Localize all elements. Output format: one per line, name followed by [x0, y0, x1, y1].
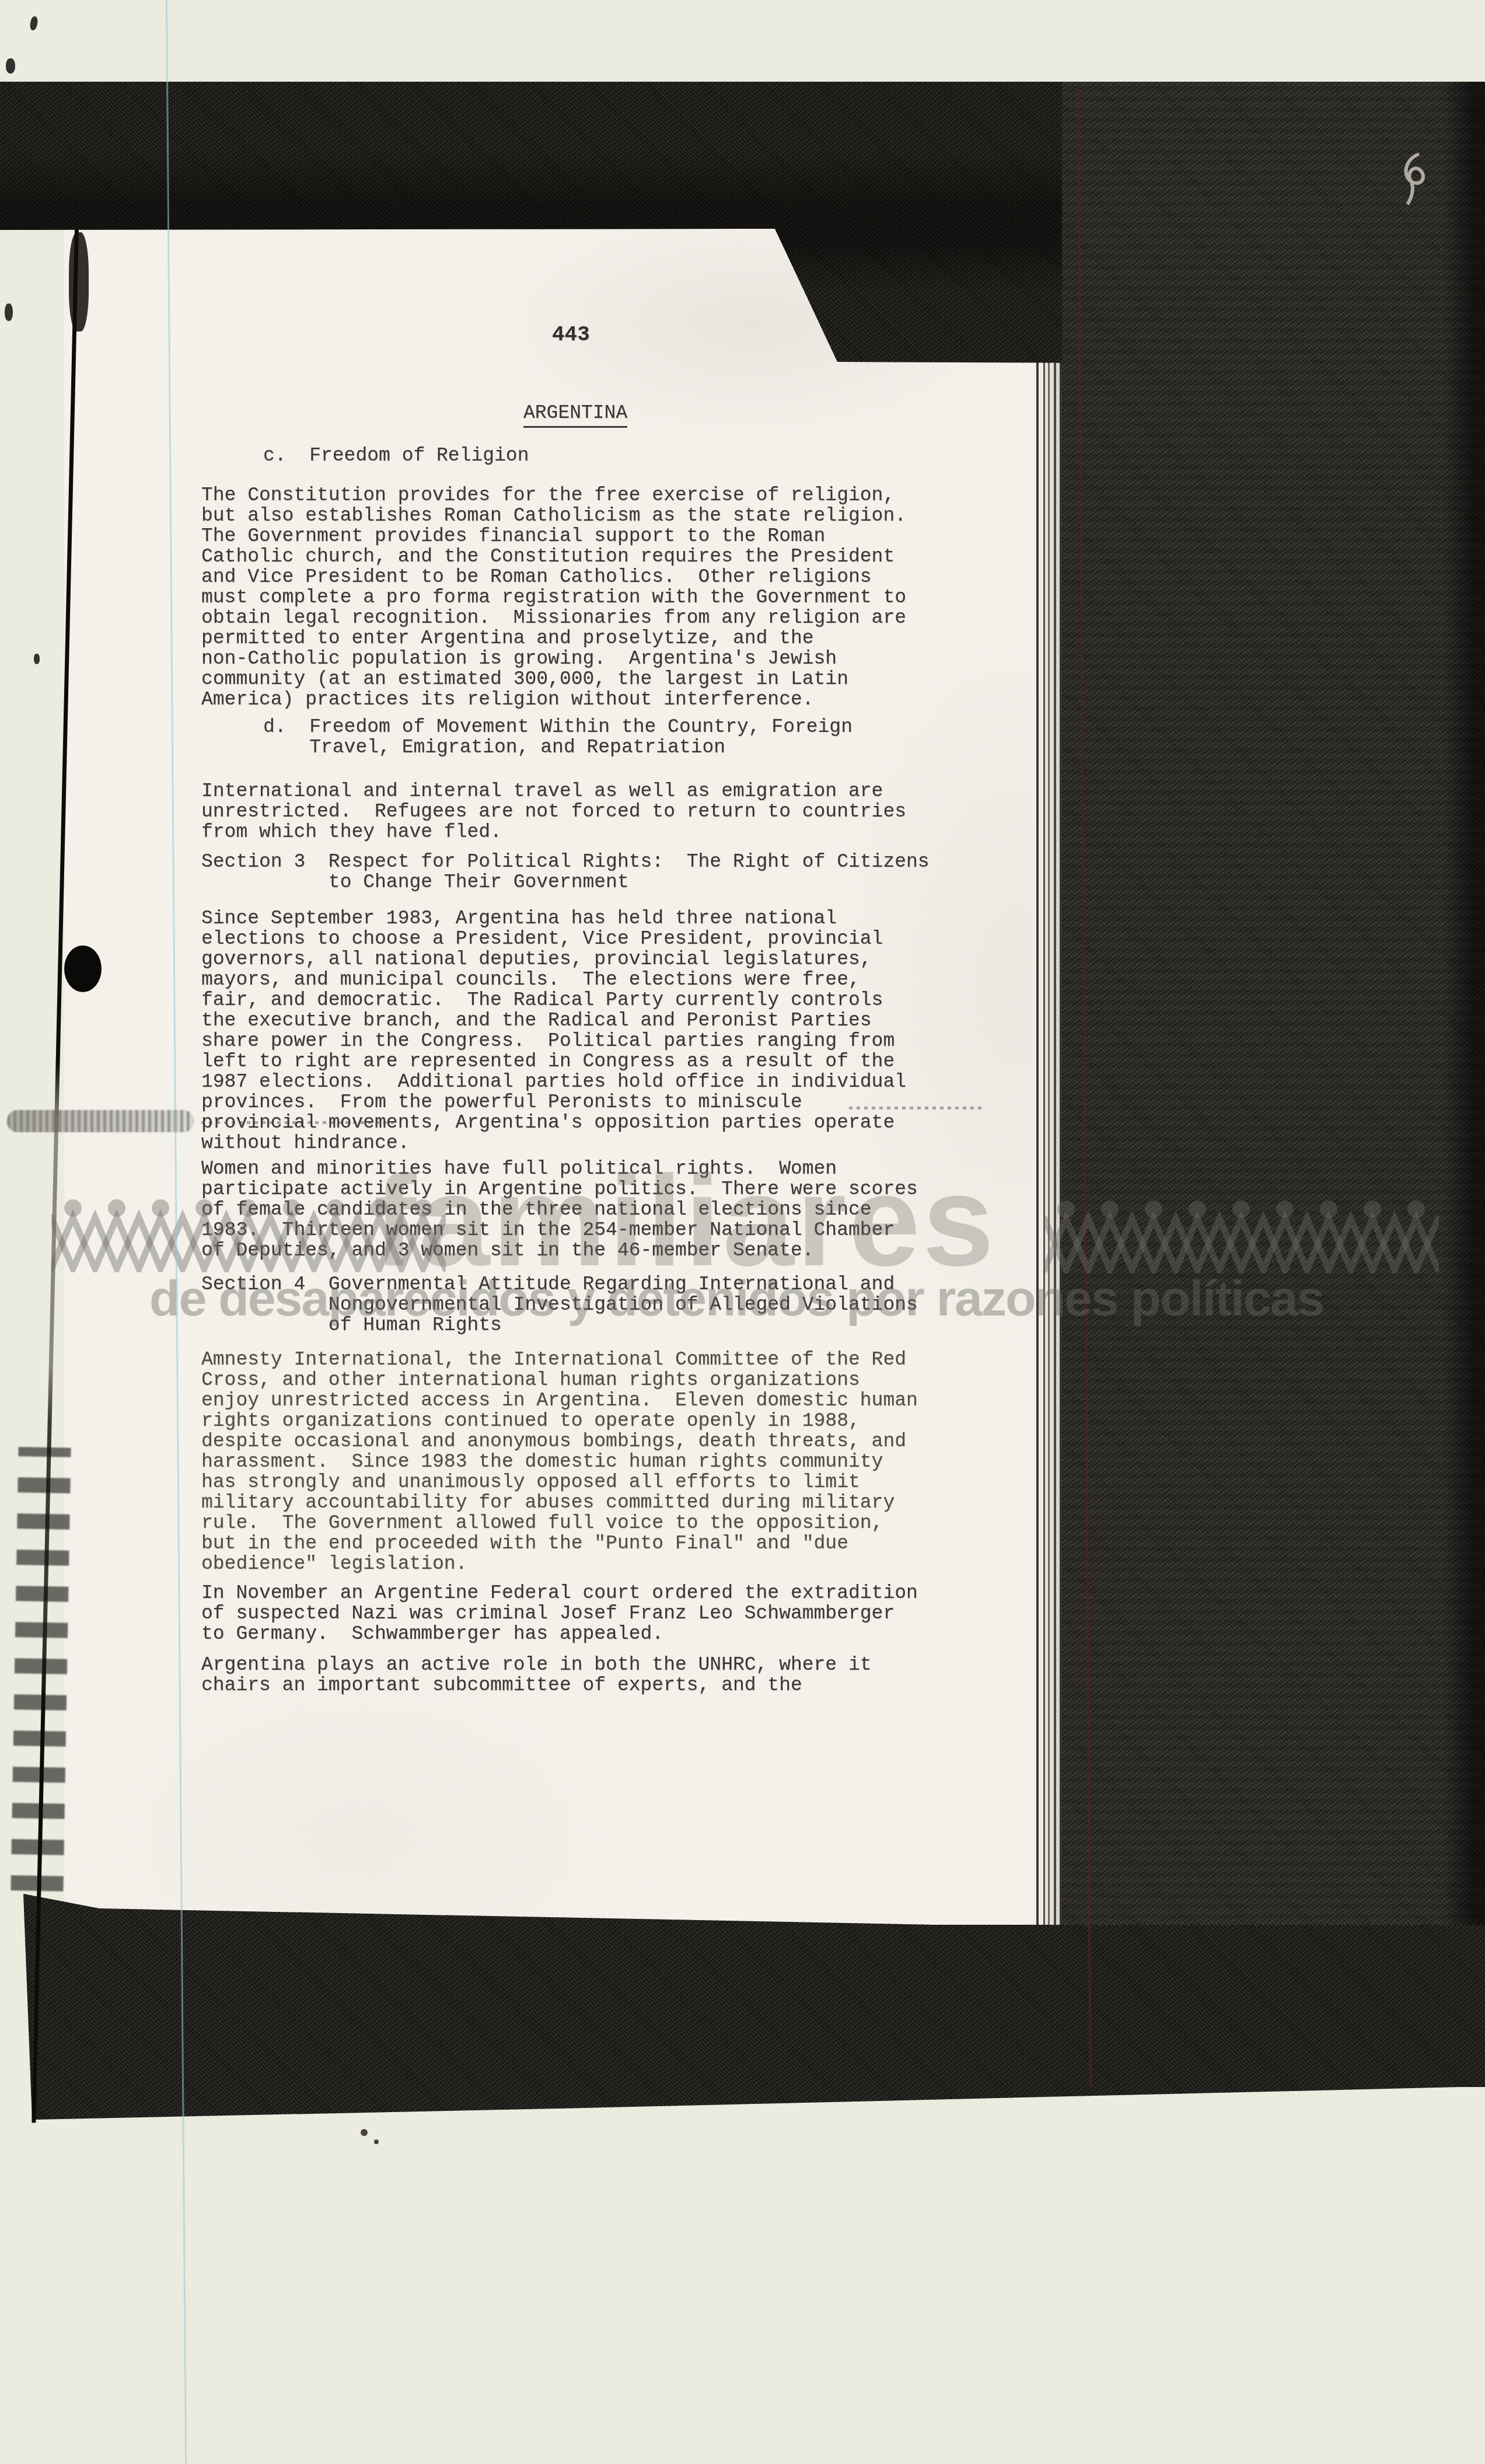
religion-paragraph: The Constitution provides for the free e… — [201, 485, 906, 710]
ink-speck — [5, 303, 13, 321]
hole-punch — [64, 945, 102, 992]
toner-drip — [69, 232, 89, 331]
travel-paragraph: International and internal travel as wel… — [201, 781, 906, 842]
pencil-smear — [7, 1110, 194, 1132]
section-3-heading: Section 3 Respect for Political Rights: … — [201, 851, 930, 892]
amnesty-paragraph: Amnesty International, the International… — [201, 1349, 918, 1574]
elections-paragraph: Since September 1983, Argentina has held… — [201, 908, 906, 1153]
country-heading: ARGENTINA — [523, 403, 627, 428]
scanned-document: 443 ARGENTINA c. Freedom of Religion The… — [0, 0, 1485, 2464]
toner-squiggle — [1399, 151, 1431, 209]
section-4-heading: Section 4 Governmental Attitude Regardin… — [201, 1274, 918, 1335]
unhrc-paragraph: Argentina plays an active role in both t… — [201, 1655, 872, 1695]
women-politics-paragraph: Women and minorities have full political… — [201, 1158, 918, 1261]
ink-speck — [34, 654, 40, 664]
toner-speckle-column — [11, 1447, 71, 1891]
section-d-heading: d. Freedom of Movement Within the Countr… — [263, 717, 852, 758]
ink-speck — [6, 58, 15, 74]
scan-noise-underline — [201, 1121, 394, 1124]
right-toner-field — [1062, 82, 1485, 2087]
ink-speck — [29, 16, 39, 31]
section-c-heading: c. Freedom of Religion — [263, 445, 529, 466]
page-number: 443 — [552, 324, 590, 345]
scan-noise-trail — [849, 1107, 983, 1109]
scan-dot — [374, 2140, 379, 2144]
extradition-paragraph: In November an Argentine Federal court o… — [201, 1583, 918, 1644]
scan-dot — [361, 2129, 368, 2136]
